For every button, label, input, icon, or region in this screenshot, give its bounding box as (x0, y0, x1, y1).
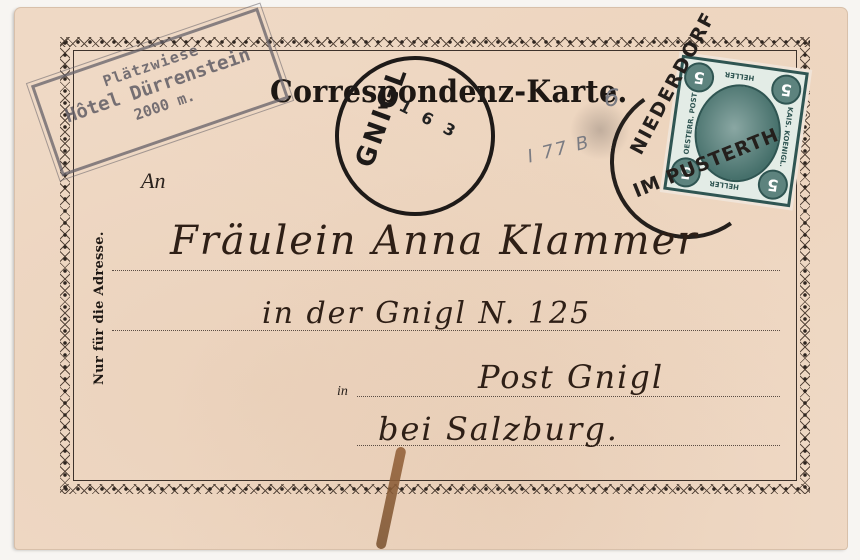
recipient-name: Fräulein Anna Klammer (170, 218, 698, 264)
address-line-1 (112, 270, 780, 271)
postmark-date: 1 6 3 (396, 96, 462, 142)
stamp-value: 5 (769, 73, 803, 107)
to-label: An (141, 168, 165, 194)
recipient-post: Post Gnigl (478, 358, 664, 396)
pencil-number: 6 (604, 84, 619, 112)
in-label: in (337, 384, 348, 400)
address-line-3 (357, 396, 780, 397)
stamp-legend-top: HELLER (724, 70, 755, 82)
recipient-city: bei Salzburg. (378, 410, 619, 448)
address-only-note: Nur für die Adresse. (92, 231, 107, 385)
recipient-street: in der Gnigl N. 125 (262, 296, 591, 331)
